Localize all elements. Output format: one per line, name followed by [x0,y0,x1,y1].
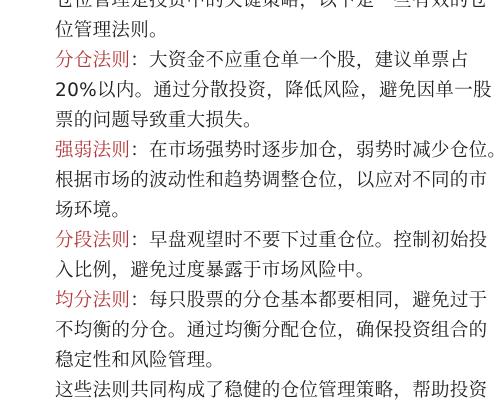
rule-text: 在市场强势时逐步加仓，弱势时减少仓位。 [149,140,500,161]
rule-label: 分仓法则 [55,50,130,71]
rule-staged: 分段法则：早盘观望时不要下过重仓位。控制初始投 入比例，避免过度暴露于市场风险中… [55,226,435,286]
intro-line: 仓位管理是投资中的关键策略，以下是一些有效的仓 [55,0,435,16]
rule-text: 早盘观望时不要下过重仓位。控制初始投 [149,230,487,251]
separator: ： [130,140,149,161]
rule-text: 场环境。 [55,196,435,226]
rule-text: 稳定性和风险管理。 [55,346,435,375]
rule-label: 强弱法则 [55,140,130,161]
intro-line: 位管理法则。 [55,16,435,46]
separator: ： [130,290,149,311]
rule-equal-split: 均分法则：每只股票的分仓基本都要相同，避免过于 不均衡的分仓。通过均衡分配仓位，… [55,286,435,375]
article-body: 仓位管理是投资中的关键策略，以下是一些有效的仓 位管理法则。 分仓法则：大资金不… [55,0,435,375]
rule-split-position: 分仓法则：大资金不应重仓单一个股，建议单票占 20%以内。通过分散投资，降低风险… [55,46,435,136]
rule-text: 入比例，避免过度暴露于市场风险中。 [55,256,435,286]
separator: ： [130,50,149,71]
rule-text: 票的问题导致重大损失。 [55,106,435,136]
rule-label: 均分法则 [55,290,130,311]
rule-text: 根据市场的波动性和趋势调整仓位，以应对不同的市 [55,166,435,196]
rule-label: 分段法则 [55,230,130,251]
separator: ： [130,230,149,251]
rule-text: 20%以内。通过分散投资，降低风险，避免因单一股 [55,76,435,106]
rule-strength: 强弱法则：在市场强势时逐步加仓，弱势时减少仓位。 根据市场的波动性和趋势调整仓位… [55,136,435,226]
rule-text: 大资金不应重仓单一个股，建议单票占 [149,50,469,71]
rule-text: 不均衡的分仓。通过均衡分配仓位，确保投资组合的 [55,316,435,346]
rule-text: 每只股票的分仓基本都要相同，避免过于 [149,290,487,311]
